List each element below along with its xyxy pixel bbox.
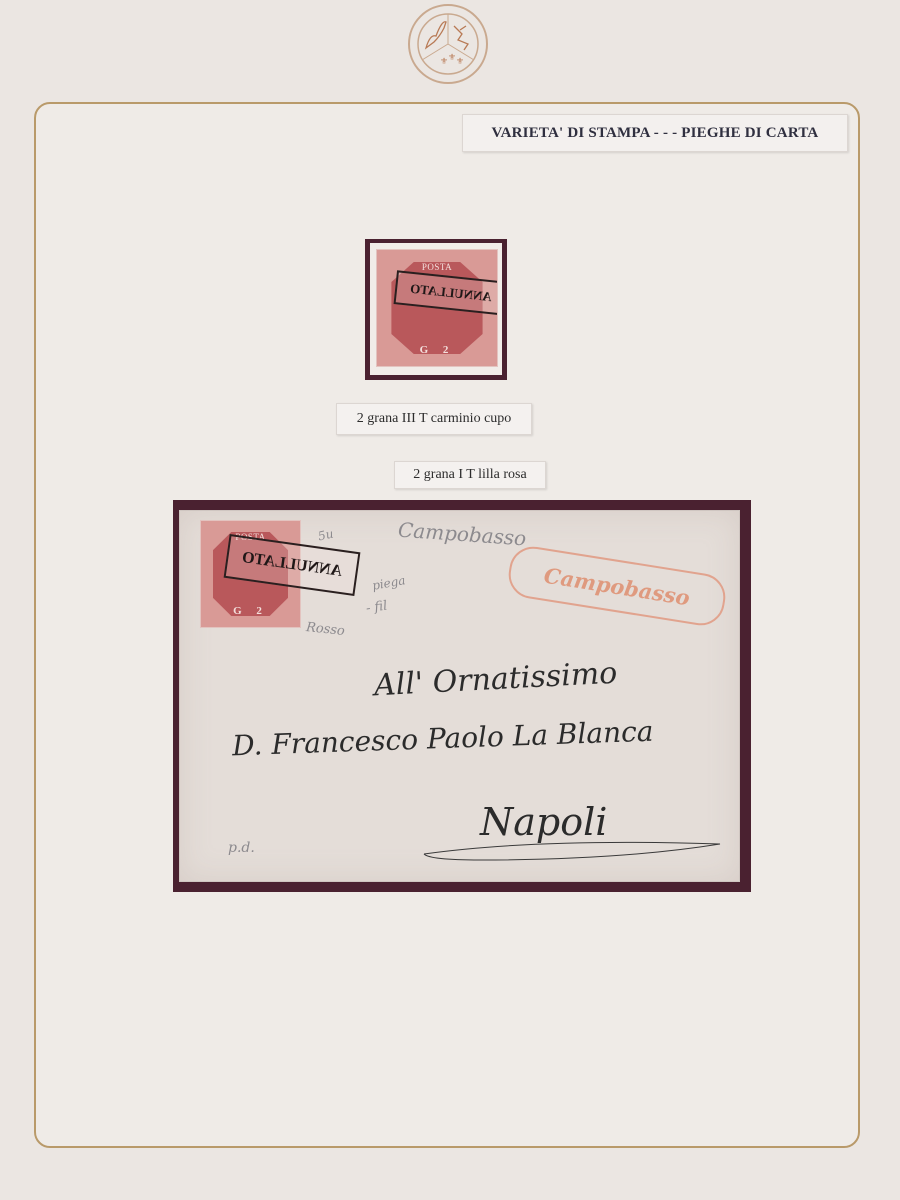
svg-text:⚜: ⚜ xyxy=(440,56,448,66)
svg-text:⚜: ⚜ xyxy=(456,56,464,66)
stamp-value-text: G 2 xyxy=(377,344,497,356)
crest-icon: ⚜ ⚜ ⚜ xyxy=(408,4,488,84)
pencil-note: - fil xyxy=(365,599,388,617)
svg-text:⚜: ⚜ xyxy=(448,52,456,62)
address-flourish xyxy=(420,830,730,870)
stamp-2-grana-iii-t: POSTA G 2 ANNULLATO xyxy=(376,249,498,367)
stamp-mount: POSTA G 2 ANNULLATO xyxy=(365,239,507,380)
page-title: VARIETA' DI STAMPA - - - PIEGHE DI CARTA xyxy=(462,114,848,152)
stamp-caption: 2 grana III T carminio cupo xyxy=(336,403,532,435)
stamp-posta-text: POSTA xyxy=(377,262,497,272)
pencil-note: p.d. xyxy=(228,840,255,856)
cover-caption: 2 grana I T lilla rosa xyxy=(394,461,546,489)
stamp-value-text: G 2 xyxy=(201,605,300,617)
album-page: ⚜ ⚜ ⚜ VARIETA' DI STAMPA - - - PIEGHE DI… xyxy=(0,0,900,1200)
